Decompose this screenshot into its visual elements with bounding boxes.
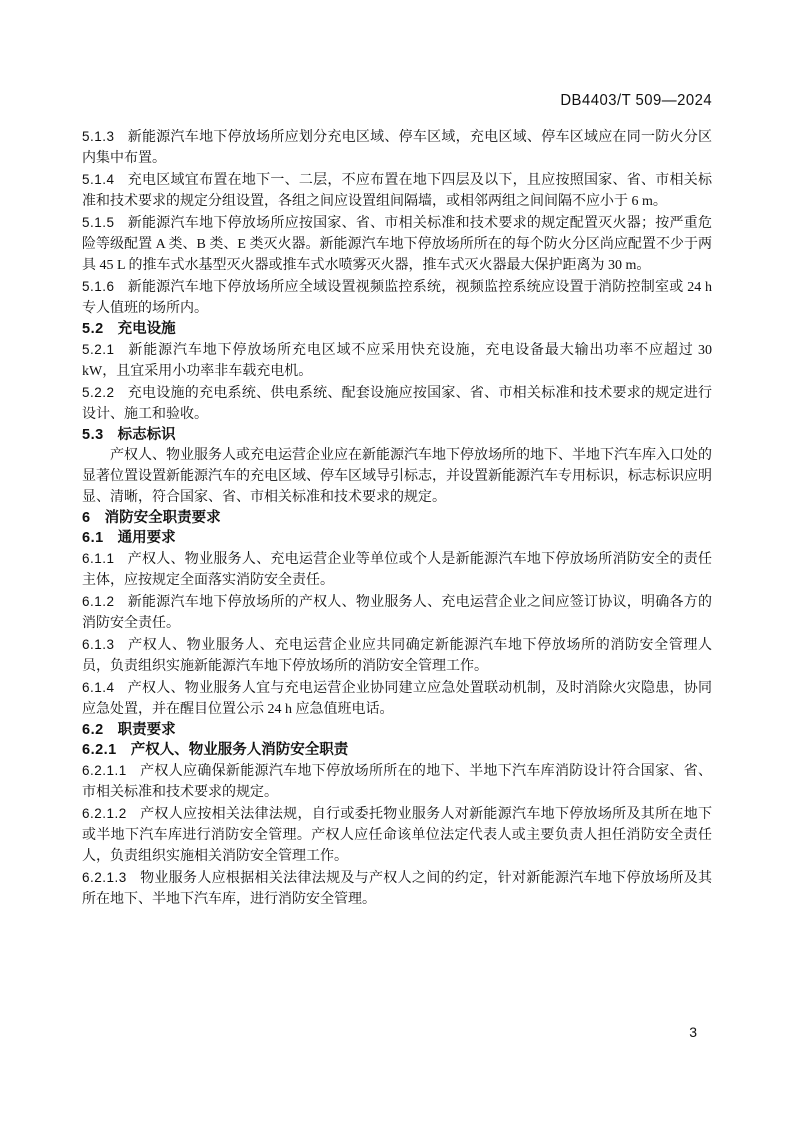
clause-5.1.3: 5.1.3新能源汽车地下停放场所应划分充电区域、停车区域，充电区域、停车区域应在… (82, 126, 712, 169)
heading-6.2: 6.2职责要求 (82, 720, 712, 740)
clause-text: 产权人应按相关法律法规，自行或委托物业服务人对新能源汽车地下停放场所及其所在地下… (82, 807, 712, 864)
heading-number: 6.1 (82, 530, 104, 546)
clause-6.2.1.1: 6.2.1.1产权人应确保新能源汽车地下停放场所所在的地下、半地下汽车库消防设计… (82, 760, 712, 803)
paragraph-text: 产权人、物业服务人或充电运营企业应在新能源汽车地下停放场所的地下、半地下汽车库入… (82, 448, 712, 505)
paragraph-8: 产权人、物业服务人或充电运营企业应在新能源汽车地下停放场所的地下、半地下汽车库入… (82, 445, 712, 508)
clause-5.1.4: 5.1.4充电区域宜布置在地下一、二层，不应布置在地下四层及以下，且应按照国家、… (82, 169, 712, 212)
clause-5.2.2: 5.2.2充电设施的充电系统、供电系统、配套设施应按国家、省、市相关标准和技术要… (82, 382, 712, 425)
clause-6.1.1: 6.1.1产权人、物业服务人、充电运营企业等单位或个人是新能源汽车地下停放场所消… (82, 548, 712, 591)
document-page: DB4403/T 509—2024 5.1.3新能源汽车地下停放场所应划分充电区… (0, 0, 794, 1123)
clause-5.1.5: 5.1.5新能源汽车地下停放场所应按国家、省、市相关标准和技术要求的规定配置灭火… (82, 212, 712, 276)
clause-5.1.6: 5.1.6新能源汽车地下停放场所应全域设置视频监控系统，视频监控系统应设置于消防… (82, 276, 712, 319)
clause-6.1.2: 6.1.2新能源汽车地下停放场所的产权人、物业服务人、充电运营企业之间应签订协议… (82, 591, 712, 634)
document-body: 5.1.3新能源汽车地下停放场所应划分充电区域、停车区域，充电区域、停车区域应在… (82, 126, 712, 910)
clause-text: 产权人应确保新能源汽车地下停放场所所在的地下、半地下汽车库消防设计符合国家、省、… (82, 764, 712, 800)
clause-text: 新能源汽车地下停放场所充电区域不应采用快充设施，充电设备最大输出功率不应超过 3… (82, 343, 712, 379)
clause-number: 6.1.3 (82, 637, 115, 652)
clause-number: 6.2.1.2 (82, 806, 127, 821)
clause-6.1.4: 6.1.4产权人、物业服务人宜与充电运营企业协同建立应急处置联动机制，及时消除火… (82, 677, 712, 720)
heading-text: 通用要求 (118, 530, 176, 546)
clause-number: 5.1.4 (82, 172, 115, 187)
heading-number: 5.3 (82, 427, 104, 443)
clause-number: 5.1.5 (82, 215, 115, 230)
clause-6.2.1.2: 6.2.1.2产权人应按相关法律法规，自行或委托物业服务人对新能源汽车地下停放场… (82, 803, 712, 867)
clause-number: 6.2.1.3 (82, 870, 127, 885)
clause-number: 5.1.3 (82, 129, 115, 144)
heading-6: 6消防安全职责要求 (82, 508, 712, 528)
clause-text: 产权人、物业服务人、充电运营企业等单位或个人是新能源汽车地下停放场所消防安全的责… (82, 552, 712, 588)
clause-6.2.1.3: 6.2.1.3物业服务人应根据相关法律法规及与产权人之间的约定，针对新能源汽车地… (82, 867, 712, 910)
clause-number: 5.1.6 (82, 279, 115, 294)
clause-number: 5.2.1 (82, 342, 115, 357)
clause-number: 5.2.2 (82, 385, 115, 400)
heading-number: 6 (82, 510, 91, 526)
clause-number: 6.2.1.1 (82, 763, 127, 778)
clause-text: 物业服务人应根据相关法律法规及与产权人之间的约定，针对新能源汽车地下停放场所及其… (82, 871, 712, 907)
heading-text: 标志标识 (118, 427, 176, 443)
clause-number: 6.1.4 (82, 680, 115, 695)
clause-text: 产权人、物业服务人宜与充电运营企业协同建立应急处置联动机制，及时消除火灾隐患，协… (82, 681, 712, 717)
heading-6.1: 6.1通用要求 (82, 528, 712, 548)
heading-5.3: 5.3标志标识 (82, 425, 712, 445)
clause-6.1.3: 6.1.3产权人、物业服务人、充电运营企业应共同确定新能源汽车地下停放场所的消防… (82, 634, 712, 677)
clause-text: 新能源汽车地下停放场所的产权人、物业服务人、充电运营企业之间应签订协议，明确各方… (82, 595, 712, 631)
heading-text: 职责要求 (118, 722, 176, 738)
clause-text: 新能源汽车地下停放场所应按国家、省、市相关标准和技术要求的规定配置灭火器；按严重… (82, 216, 712, 273)
clause-number: 6.1.2 (82, 594, 115, 609)
clause-text: 产权人、物业服务人、充电运营企业应共同确定新能源汽车地下停放场所的消防安全管理人… (82, 638, 712, 674)
heading-number: 5.2 (82, 321, 104, 337)
heading-5.2: 5.2充电设施 (82, 319, 712, 339)
page-number: 3 (689, 1024, 697, 1040)
heading-6.2.1: 6.2.1产权人、物业服务人消防安全职责 (82, 740, 712, 760)
clause-text: 新能源汽车地下停放场所应划分充电区域、停车区域，充电区域、停车区域应在同一防火分… (82, 130, 712, 166)
heading-text: 充电设施 (118, 321, 176, 337)
clause-text: 充电区域宜布置在地下一、二层，不应布置在地下四层及以下，且应按照国家、省、市相关… (82, 173, 712, 209)
standard-number: DB4403/T 509—2024 (560, 92, 712, 110)
heading-number: 6.2.1 (82, 742, 117, 758)
clause-5.2.1: 5.2.1新能源汽车地下停放场所充电区域不应采用快充设施，充电设备最大输出功率不… (82, 339, 712, 382)
heading-number: 6.2 (82, 722, 104, 738)
heading-text: 消防安全职责要求 (105, 510, 221, 526)
clause-text: 充电设施的充电系统、供电系统、配套设施应按国家、省、市相关标准和技术要求的规定进… (82, 386, 712, 422)
clause-number: 6.1.1 (82, 551, 115, 566)
page-footer: 3 (0, 1024, 794, 1042)
clause-text: 新能源汽车地下停放场所应全域设置视频监控系统，视频监控系统应设置于消防控制室或 … (82, 280, 712, 316)
heading-text: 产权人、物业服务人消防安全职责 (131, 742, 349, 758)
page-header: DB4403/T 509—2024 (82, 0, 712, 110)
